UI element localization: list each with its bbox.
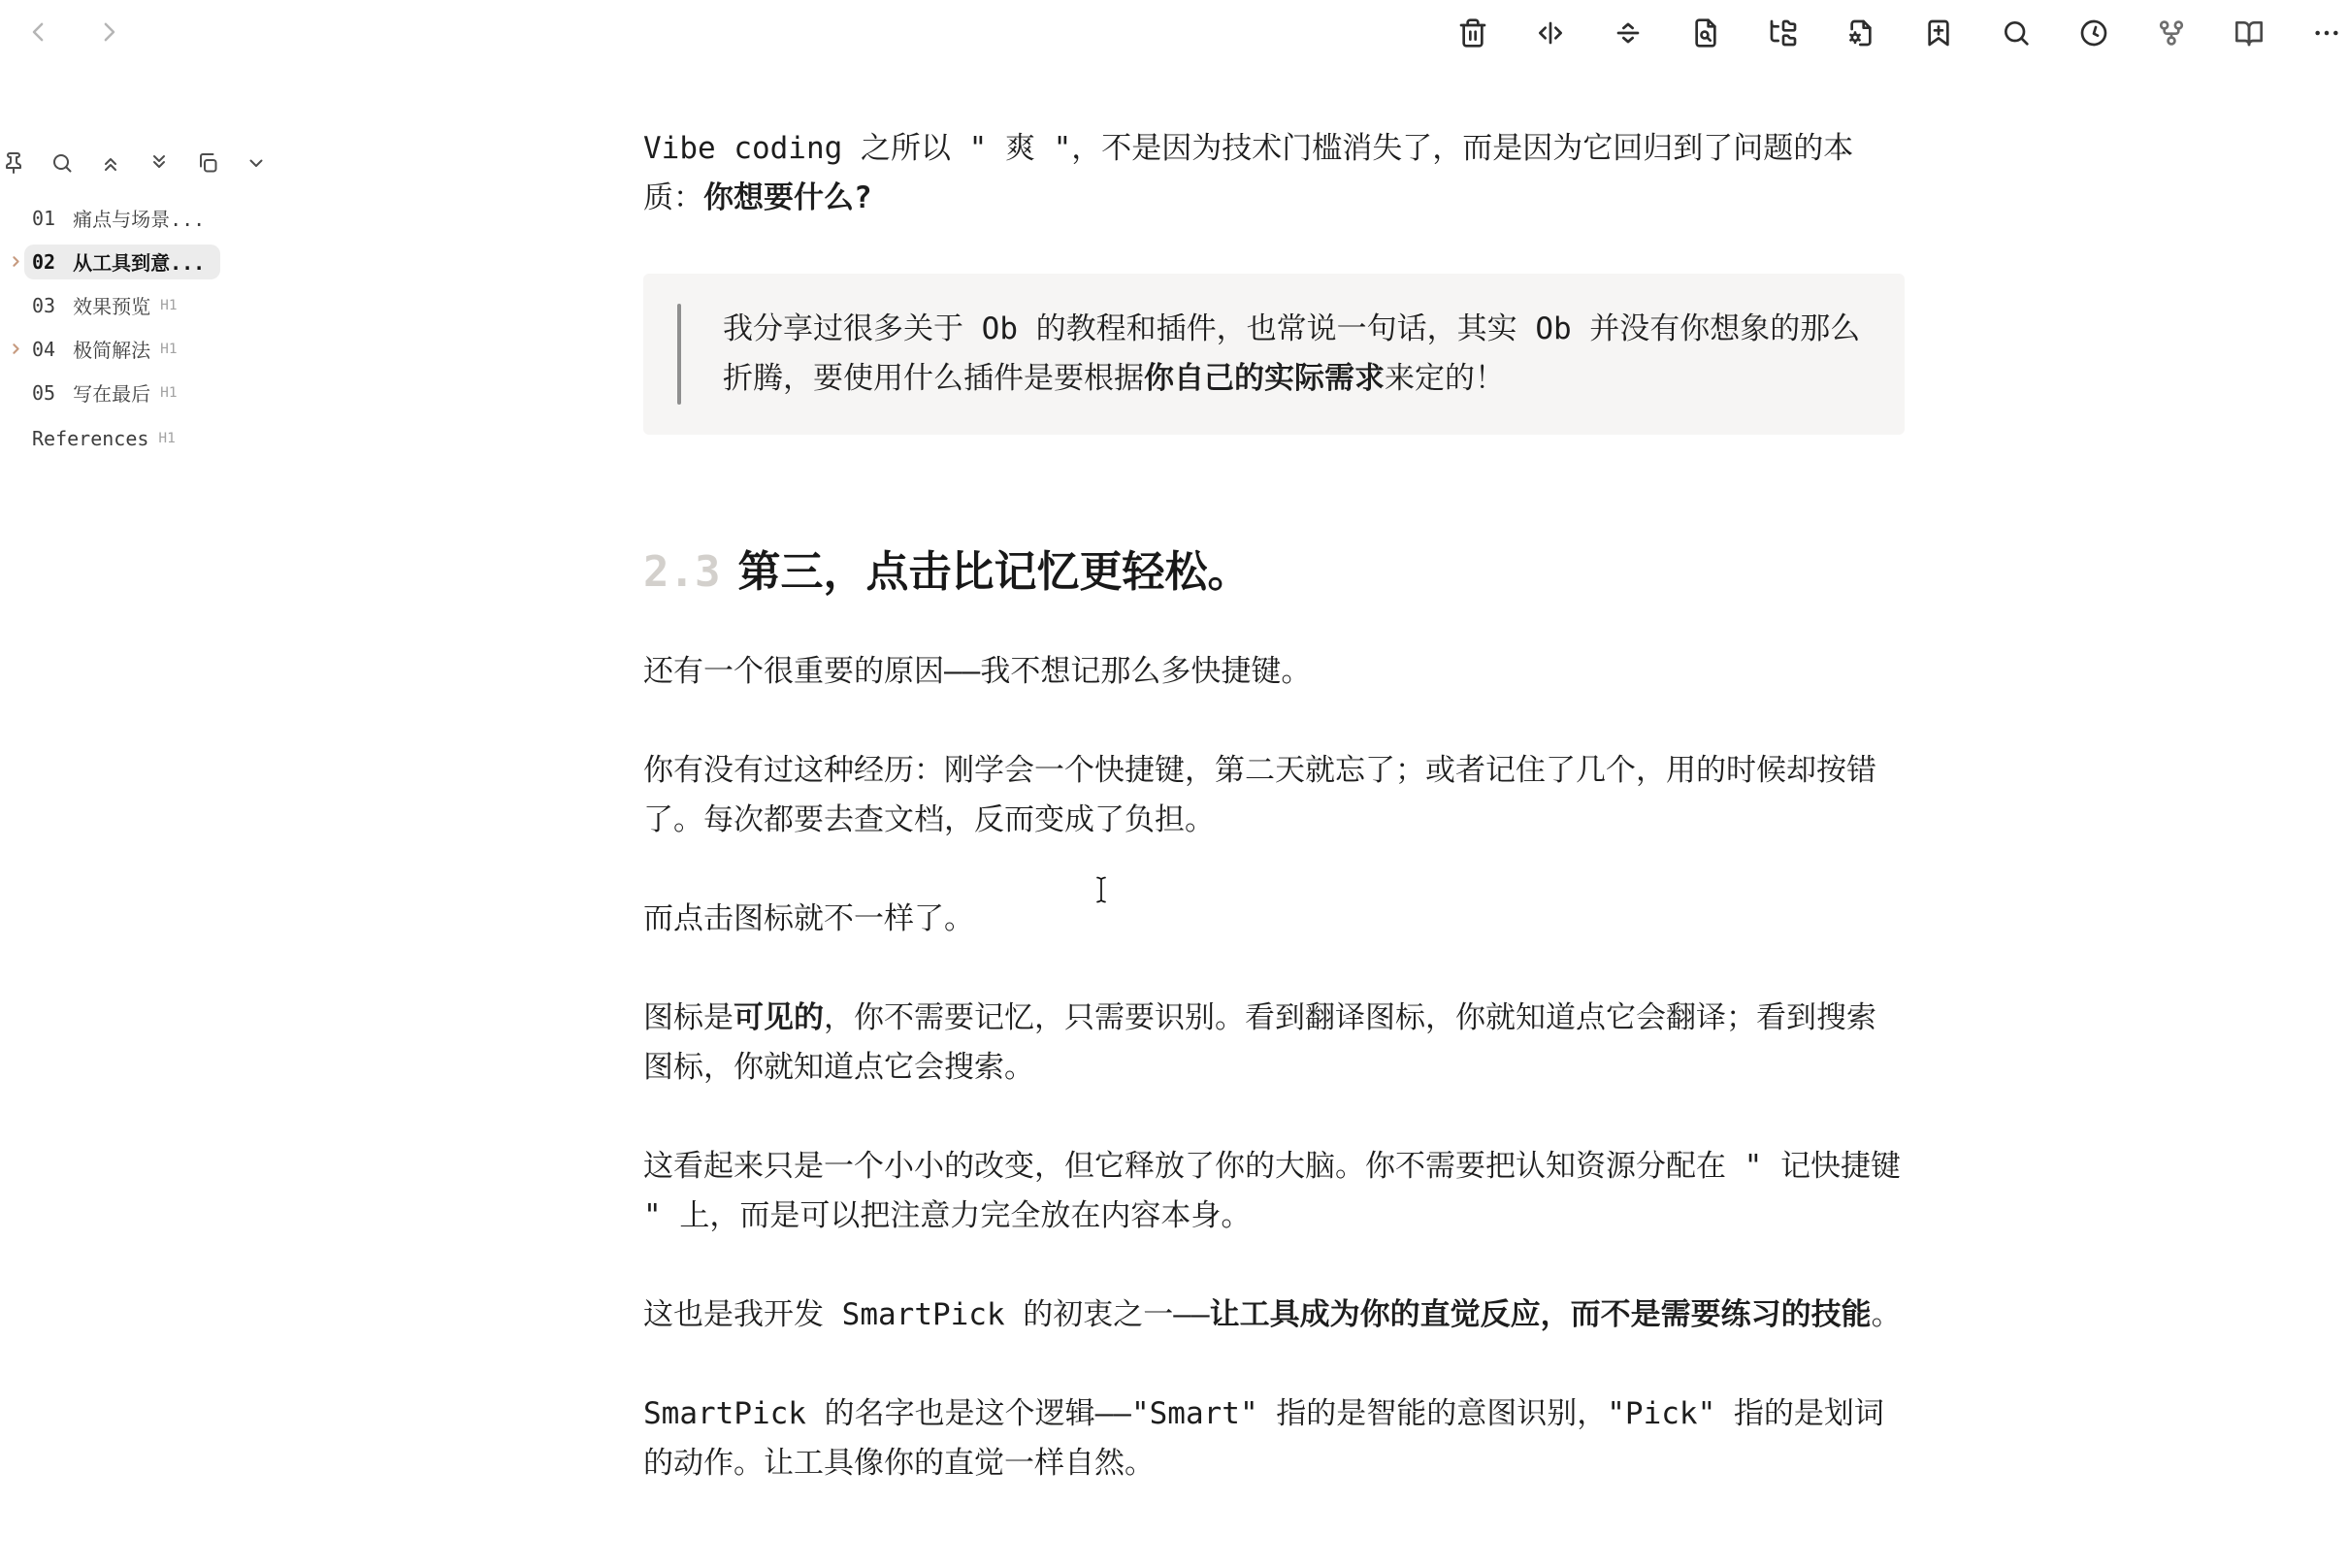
heading-number: 2.3 xyxy=(643,547,720,597)
file-cog-icon[interactable] xyxy=(1845,17,1876,49)
bookmark-plus-icon[interactable] xyxy=(1923,17,1954,49)
graph-icon[interactable] xyxy=(2156,17,2187,49)
outline-item-references[interactable]: ReferencesH1 xyxy=(0,416,291,460)
paragraph[interactable]: SmartPick 的名字也是这个逻辑——"Smart" 指的是智能的意图识别，… xyxy=(643,1389,1905,1488)
outline-item-03[interactable]: 03效果预览H1 xyxy=(0,283,291,327)
paragraph[interactable]: 这看起来只是一个小小的改变，但它释放了你的大脑。你不需要把认知资源分配在 " 记… xyxy=(643,1142,1905,1241)
outline-item-04[interactable]: 04极简解法H1 xyxy=(0,327,291,371)
paragraph-intro[interactable]: Vibe coding 之所以 " 爽 "，不是因为技术门槛消失了，而是因为它回… xyxy=(643,124,1905,223)
folder-tree-icon[interactable] xyxy=(1768,17,1799,49)
copy-icon[interactable] xyxy=(196,151,219,175)
paragraph[interactable]: 你有没有过这种经历：刚学会一个快捷键，第二天就忘了；或者记住了几个，用的时候却按… xyxy=(643,746,1905,845)
back-button[interactable] xyxy=(24,17,53,47)
file-search-icon[interactable] xyxy=(1690,17,1721,49)
outline-item-05[interactable]: 05写在最后H1 xyxy=(0,371,291,414)
outline-toolbar xyxy=(2,151,268,175)
paragraph[interactable]: 图标是可见的，你不需要记忆，只需要识别。看到翻译图标，你就知道点它会翻译；看到搜… xyxy=(643,994,1905,1093)
outline-item-01[interactable]: 01痛点与场景... xyxy=(0,196,291,240)
forward-button[interactable] xyxy=(94,17,123,47)
chevron-right-icon[interactable] xyxy=(8,341,24,357)
heading-text: 第三，点击比记忆更轻松。 xyxy=(737,547,1250,597)
ibeam-cursor-icon xyxy=(1092,875,1111,904)
paragraph[interactable]: 这也是我开发 SmartPick 的初衷之一——让工具成为你的直觉反应，而不是需… xyxy=(643,1290,1905,1340)
toolbar xyxy=(1457,17,2342,49)
chevron-down-icon[interactable] xyxy=(245,151,268,175)
forward-chevron-icon xyxy=(94,17,123,47)
section-heading[interactable]: 2.3第三，点击比记忆更轻松。 xyxy=(643,543,1905,602)
editor[interactable]: Vibe coding 之所以 " 爽 "，不是因为技术门槛消失了，而是因为它回… xyxy=(643,124,1905,1488)
book-open-icon[interactable] xyxy=(2234,17,2265,49)
search-icon[interactable] xyxy=(50,151,74,175)
back-chevron-icon xyxy=(24,17,53,47)
code-split-icon[interactable] xyxy=(1535,17,1566,49)
trash-icon[interactable] xyxy=(1457,17,1488,49)
pin-icon[interactable] xyxy=(2,151,25,175)
outline-item-02-active[interactable]: 02从工具到意... xyxy=(0,240,291,283)
more-icon[interactable] xyxy=(2311,17,2342,49)
chevrons-up-icon[interactable] xyxy=(99,151,122,175)
blockquote[interactable]: 我分享过很多关于 Ob 的教程和插件，也常说一句话，其实 Ob 并没有你想象的那… xyxy=(643,274,1905,435)
clock-icon[interactable] xyxy=(2078,17,2109,49)
unfold-vertical-icon[interactable] xyxy=(1613,17,1644,49)
chevron-right-icon[interactable] xyxy=(8,253,24,270)
blockquote-bar xyxy=(677,304,681,405)
paragraph[interactable]: 而点击图标就不一样了。 xyxy=(643,895,1905,944)
search-icon[interactable] xyxy=(2001,17,2032,49)
chevrons-down-icon[interactable] xyxy=(147,151,171,175)
paragraph[interactable]: 还有一个很重要的原因——我不想记那么多快捷键。 xyxy=(643,647,1905,697)
